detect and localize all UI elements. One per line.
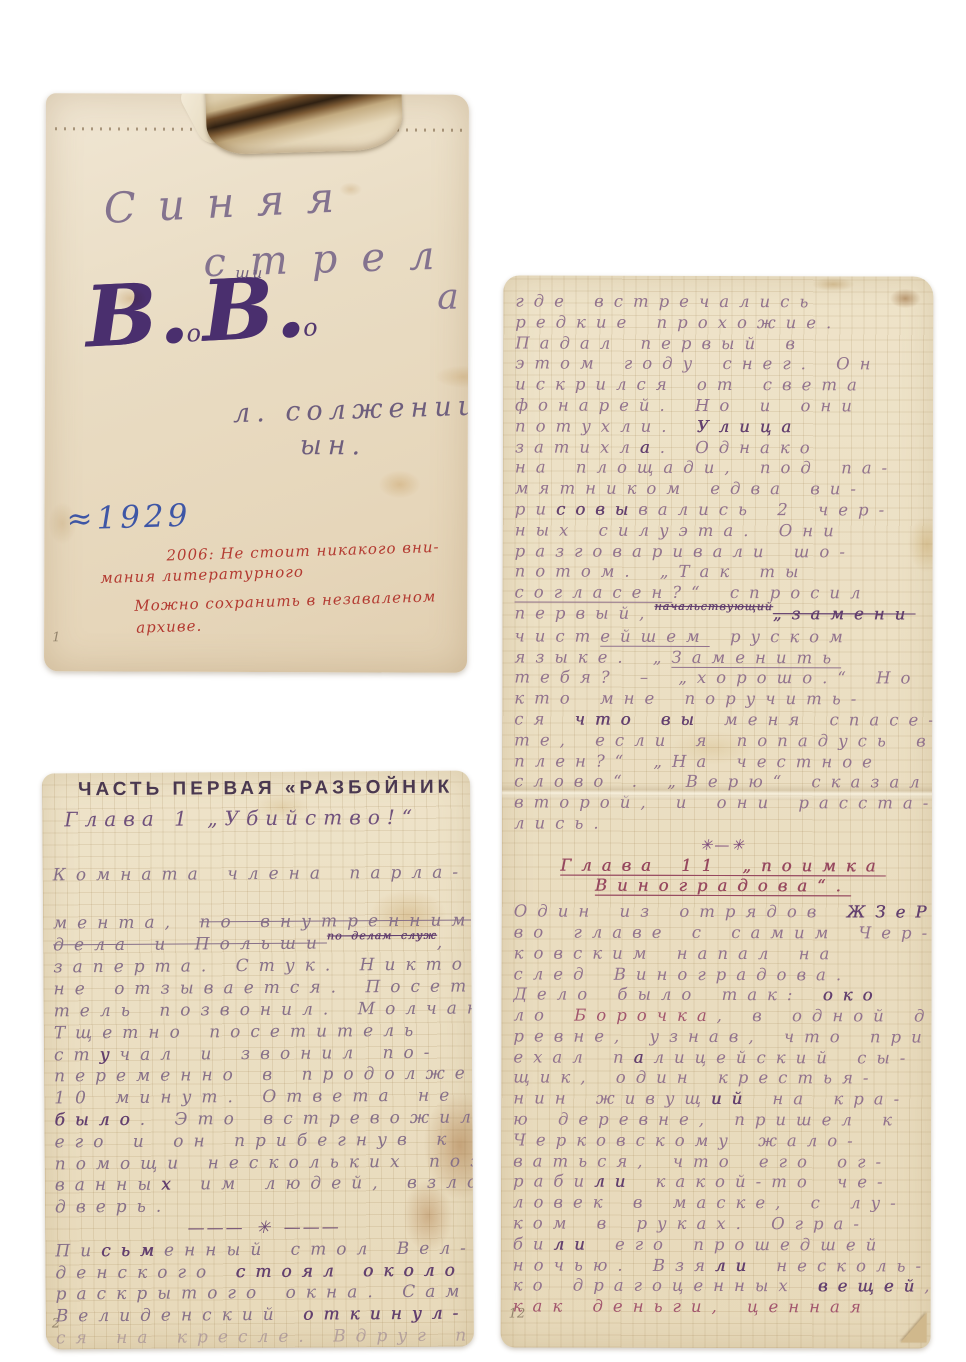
text-segment: денского xyxy=(55,1262,235,1283)
manuscript-line: ехал палицейский сы- xyxy=(513,1047,931,1069)
text-segment: фонарей. Но и они xyxy=(515,395,862,415)
text-segment: ий xyxy=(711,1089,752,1108)
manuscript-line: стучал и звонил по- xyxy=(54,1042,472,1067)
text-segment: Велиденский xyxy=(56,1305,303,1327)
manuscript-line: было. Это встревожило xyxy=(54,1107,472,1132)
text-segment: би xyxy=(513,1234,554,1253)
manuscript-line: ваться, что его ог- xyxy=(513,1151,931,1173)
text-segment: , xyxy=(924,1277,933,1296)
text-segment: на площади, под па- xyxy=(515,458,897,478)
manuscript-line: как деньги, ценная xyxy=(513,1297,931,1319)
manuscript-line: редкие прохожие. xyxy=(515,312,933,334)
initial-letter: В. xyxy=(200,257,309,361)
text-segment: , была xyxy=(437,932,474,953)
manuscript-line: первый,начальствующий„замени на xyxy=(514,603,932,627)
text-segment: ревне, узнав, что при- xyxy=(513,1026,933,1046)
manuscript-line: те, если я попадусь в xyxy=(514,730,932,752)
text-segment: ✳—✳ xyxy=(700,836,746,854)
manuscript-line: денского стоял около xyxy=(55,1260,473,1285)
text-segment: на xyxy=(915,604,933,623)
manuscript-line: 10 минут. Ответа не xyxy=(54,1086,472,1111)
text-segment: стоял около xyxy=(236,1260,465,1282)
text-segment: 10 минут. Ответа не xyxy=(54,1086,459,1109)
text-segment: Тщетно посетитель xyxy=(54,1021,424,1044)
text-segment: раби xyxy=(513,1172,594,1191)
initial-ring: о xyxy=(302,313,320,342)
manuscript-line: ночью. Взяли несколь- xyxy=(513,1255,931,1277)
manuscript-line: дела и Польшипо делам служ, была xyxy=(53,932,471,958)
text-segment: что вы xyxy=(575,710,704,729)
text-segment: первый, xyxy=(514,603,654,622)
text-segment: не отзывается. Посети- xyxy=(53,976,474,999)
manuscript-line: след Виноградова. xyxy=(514,964,932,986)
manuscript-line: Велиденский откинул- xyxy=(56,1304,474,1329)
manuscript-line: плен?“ „На честное xyxy=(514,751,932,773)
text-segment: кто мне поручить- xyxy=(514,689,866,709)
manuscript-line: раскрытого окна. Сам xyxy=(56,1282,474,1307)
manuscript-line: его и он прибегнув к xyxy=(54,1129,472,1154)
text-segment: разговаривали шо- xyxy=(515,541,855,561)
text-segment: языке. „ xyxy=(514,647,671,666)
text-segment: им людей, взломал xyxy=(181,1172,474,1195)
text-segment: тель позвонил. Молчание xyxy=(54,998,474,1021)
text-segment: Пи xyxy=(55,1241,101,1261)
text-segment: заперта. Стук. Никто xyxy=(53,955,472,978)
manuscript-line: ных силуэта. Они xyxy=(515,520,933,542)
manuscript-line: рисовывались 2 чер- xyxy=(515,499,933,521)
manuscript-line: дверь. xyxy=(55,1195,473,1220)
text-segment: во главе с самим Чер- xyxy=(514,922,934,942)
manuscript-line: чистейшем руском xyxy=(514,626,932,648)
red-note-line: мания литературного xyxy=(100,563,304,587)
text-segment: ейшем xyxy=(600,626,710,645)
text-segment: тебя? – „хорошо.“ Но xyxy=(514,668,920,688)
manuscript-line: ся что вы меня спасе- xyxy=(514,709,932,731)
text-segment: руском xyxy=(710,627,853,646)
manuscript-line: рабили какой-то че- xyxy=(513,1172,931,1194)
red-note-line: архиве. xyxy=(136,617,203,637)
text-segment: те, если я попадусь в xyxy=(514,730,933,750)
text-segment: совы xyxy=(556,500,638,519)
manuscript-line: ловек в маске, с лу- xyxy=(513,1193,931,1215)
text-segment: ваться, что его ог- xyxy=(513,1151,891,1171)
text-segment: мента, xyxy=(53,912,200,933)
text-segment: Глава 11 „поимка xyxy=(560,855,885,875)
text-segment: помощи нескольких поз- xyxy=(55,1151,474,1174)
manuscript-line: ковским напал на xyxy=(514,943,932,965)
cover-title-word-3: а xyxy=(437,277,459,318)
author-name-line-1: л. солжениц xyxy=(232,390,469,429)
manuscript-line: Глава 11 „поимка xyxy=(514,855,932,877)
text-segment: Заменить xyxy=(671,647,841,666)
manuscript-line: помощи нескольких поз- xyxy=(55,1151,473,1176)
initial-letter: В. xyxy=(83,262,192,366)
text-segment: Один из отрядов xyxy=(514,902,847,922)
text-segment: раскрытого окна. Сам xyxy=(56,1282,470,1305)
text-segment: где встречались xyxy=(515,291,818,311)
text-segment: око xyxy=(823,986,883,1005)
text-segment: нин живущ xyxy=(513,1089,711,1109)
text-segment: какой-то че- xyxy=(635,1172,892,1192)
manuscript-line: разговаривали шо- xyxy=(515,541,933,563)
text-segment: меня спасе- xyxy=(704,710,934,730)
text-segment: ся xyxy=(514,709,574,728)
manuscript-line: Дело было так: око xyxy=(513,985,931,1007)
manuscript-line: мятником едва ви- xyxy=(515,479,933,501)
text-segment: затихл xyxy=(515,437,640,456)
manuscript-text-column: Комната члена парла-мента, по внутренним… xyxy=(43,863,474,1350)
manuscript-line: Комната члена парла- xyxy=(53,863,471,888)
text-segment: ночью. Взя xyxy=(513,1255,715,1275)
red-note-line: Можно сохранить в незаваленом xyxy=(134,587,437,614)
text-segment: переменно в продолжени xyxy=(54,1064,474,1087)
text-segment: на кра- xyxy=(752,1089,909,1108)
text-segment: его прошедшей xyxy=(595,1235,887,1255)
manuscript-line: потом. „Так ты xyxy=(515,562,933,584)
text-segment: чист xyxy=(514,626,600,645)
manuscript-line: ванных им людей, взломал xyxy=(55,1173,473,1198)
text-segment: ——— ✳ ——— xyxy=(188,1217,341,1238)
text-segment: ловек в маске, с лу- xyxy=(513,1193,906,1213)
text-segment: ли xyxy=(554,1234,595,1253)
manuscript-line: Виноградова“. xyxy=(514,876,932,898)
text-segment: енный стол Вел- xyxy=(164,1238,474,1260)
manuscript-line: тель позвонил. Молчание xyxy=(54,998,472,1023)
manuscript-line: фонарей. Но и они xyxy=(515,395,933,417)
manuscript-line: лись. xyxy=(514,813,932,835)
manuscript-line: языке. „Заменить xyxy=(514,647,932,669)
text-segment: лись. xyxy=(514,813,609,832)
text-segment: несколь- xyxy=(756,1256,931,1275)
text-segment: , в одной де- xyxy=(717,1006,934,1026)
text-segment: Дело было так: xyxy=(513,985,822,1005)
text-segment: ли xyxy=(594,1172,635,1191)
text-segment: плен?“ „На честное xyxy=(514,751,882,771)
manuscript-line: ✳—✳ xyxy=(514,834,932,856)
manuscript-line: этом году снег. Он xyxy=(515,354,933,376)
cover-title-word-1: Синяя xyxy=(103,172,358,233)
text-segment: чал и звонил по- xyxy=(119,1042,439,1064)
manuscript-line: потухли. Улица xyxy=(515,416,933,438)
text-segment: ковским напал на xyxy=(514,943,840,963)
text-segment: сьм xyxy=(101,1240,164,1260)
manuscript-line: ко драгоценных вещей, xyxy=(513,1276,931,1298)
chapter-heading: Глава 1 „Убийство!“ xyxy=(64,805,419,831)
manuscript-line: на площади, под па- xyxy=(515,458,933,480)
manuscript-line: тебя? – „хорошо.“ Но xyxy=(514,668,932,690)
text-segment: ло xyxy=(513,1006,574,1025)
manuscript-line: где встречались xyxy=(515,291,933,313)
text-segment: откинул- xyxy=(303,1304,468,1325)
text-segment: х xyxy=(161,1175,181,1195)
text-segment: ко драгоценных xyxy=(513,1276,818,1296)
text-segment: потом. „Так ты xyxy=(515,562,809,582)
author-name-line-2: ын. xyxy=(300,430,366,461)
text-segment: ри xyxy=(515,499,556,518)
manuscript-line: щик, один крестья- xyxy=(513,1068,931,1090)
red-note-line: 2006: Не стоит никакого вни- xyxy=(166,538,440,565)
manuscript-page-12: где встречалисьредкие прохожие.Падал пер… xyxy=(501,275,934,1348)
manuscript-line: ю деревне, пришел к xyxy=(513,1110,931,1132)
manuscript-line: ло Борочка, в одной де- xyxy=(513,1006,931,1028)
text-segment: согласен xyxy=(515,583,673,602)
text-segment: искрился от света xyxy=(515,375,867,395)
manuscript-line: Тщетно посетитель xyxy=(54,1020,472,1045)
text-segment: как деньги, ценная xyxy=(513,1297,871,1317)
text-segment: дела и Польши xyxy=(53,933,327,955)
initial-ring: о xyxy=(186,319,204,348)
text-segment: ся на кресле. Вдруг по xyxy=(56,1325,474,1348)
page-number: 1 xyxy=(52,630,60,645)
binding-cloth xyxy=(205,93,404,155)
manuscript-line: затихла. Однако xyxy=(515,437,933,459)
notebook-cover-scan: Синяя стрел а ши В.оВ.о л. солжениц ын. … xyxy=(44,93,469,672)
text-segment: начальствующий xyxy=(654,597,772,618)
date-annotation: ≈1929 xyxy=(66,498,192,538)
text-segment: Улица xyxy=(697,417,801,436)
manuscript-line: искрился от света xyxy=(515,375,933,397)
manuscript-line: Черковскому жало- xyxy=(513,1130,931,1152)
manuscript-line: Письменный стол Вел- xyxy=(55,1238,473,1263)
text-segment: ком в руках. Огра- xyxy=(513,1214,869,1234)
cover-initials: В.оВ.о xyxy=(83,264,320,359)
manuscript-line: кто мне поручить- xyxy=(514,689,932,711)
text-segment: а xyxy=(634,1047,654,1066)
manuscript-line: ревне, узнав, что при- xyxy=(513,1026,931,1048)
text-segment: вещей xyxy=(818,1277,924,1296)
text-segment: след Виноградова. xyxy=(514,964,852,984)
manuscript-line: переменно в продолжени xyxy=(54,1064,472,1089)
manuscript-line: Падал первый в xyxy=(515,333,933,355)
text-segment: а xyxy=(640,437,660,456)
manuscript-line: не отзывается. Посети- xyxy=(53,977,471,1002)
manuscript-scan-canvas: Синяя стрел а ши В.оВ.о л. солжениц ын. … xyxy=(0,0,966,1362)
manuscript-page-2: ЧАСТЬ ПЕРВАЯ «РАЗБОЙНИК Глава 1 „Убийств… xyxy=(42,771,474,1350)
manuscript-line: во главе с самим Чер- xyxy=(514,922,932,944)
text-segment: щик, один крестья- xyxy=(513,1068,878,1088)
text-segment: вались 2 чер- xyxy=(638,500,894,520)
text-segment: потухли. xyxy=(515,416,697,435)
text-segment: . Это встревожило xyxy=(140,1107,474,1130)
manuscript-line: заперта. Стук. Никто xyxy=(53,955,471,980)
text-segment: . Однако xyxy=(660,437,820,456)
manuscript-line: ком в руках. Огра- xyxy=(513,1214,931,1236)
part-header: ЧАСТЬ ПЕРВАЯ «РАЗБОЙНИК xyxy=(78,777,453,802)
text-segment: ю деревне, пришел к xyxy=(513,1110,902,1130)
text-segment: было xyxy=(54,1110,139,1131)
text-segment: ЖЗеР xyxy=(847,902,934,921)
manuscript-line: нин живущий на кра- xyxy=(513,1089,931,1111)
text-segment: ехал п xyxy=(513,1047,633,1066)
folded-corner xyxy=(901,1312,927,1342)
text-segment: Виноградова“. xyxy=(595,876,851,896)
text-segment: его и он прибегнув к xyxy=(54,1129,456,1152)
text-segment: „замени xyxy=(773,604,915,623)
text-segment: ванны xyxy=(55,1175,161,1196)
text-segment: ных силуэта. Они xyxy=(515,520,844,540)
text-segment: этом году снег. Он xyxy=(515,354,880,374)
manuscript-line: ся на кресле. Вдруг по xyxy=(56,1325,474,1349)
manuscript-line: били его прошедшей xyxy=(513,1234,931,1256)
text-segment: лицейский сы- xyxy=(653,1048,915,1068)
text-segment: дверь. xyxy=(55,1197,171,1218)
text-segment: ли xyxy=(715,1256,756,1275)
text-segment: мятником едва ви- xyxy=(515,479,866,499)
text-segment: редкие прохожие. xyxy=(515,312,841,332)
text-segment: Черковскому жало- xyxy=(513,1130,863,1150)
text-segment: по делам служ xyxy=(327,924,437,947)
manuscript-line: ——— ✳ ——— xyxy=(55,1216,473,1241)
text-segment: Борочка xyxy=(574,1006,717,1025)
manuscript-line: Один из отрядов ЖЗеРб xyxy=(514,897,932,924)
text-segment: ст xyxy=(54,1045,100,1065)
text-segment: Падал первый в xyxy=(515,333,805,353)
text-segment: Комната члена парла- xyxy=(53,863,468,886)
fold-crease xyxy=(502,783,932,800)
text-segment: у xyxy=(100,1045,120,1065)
